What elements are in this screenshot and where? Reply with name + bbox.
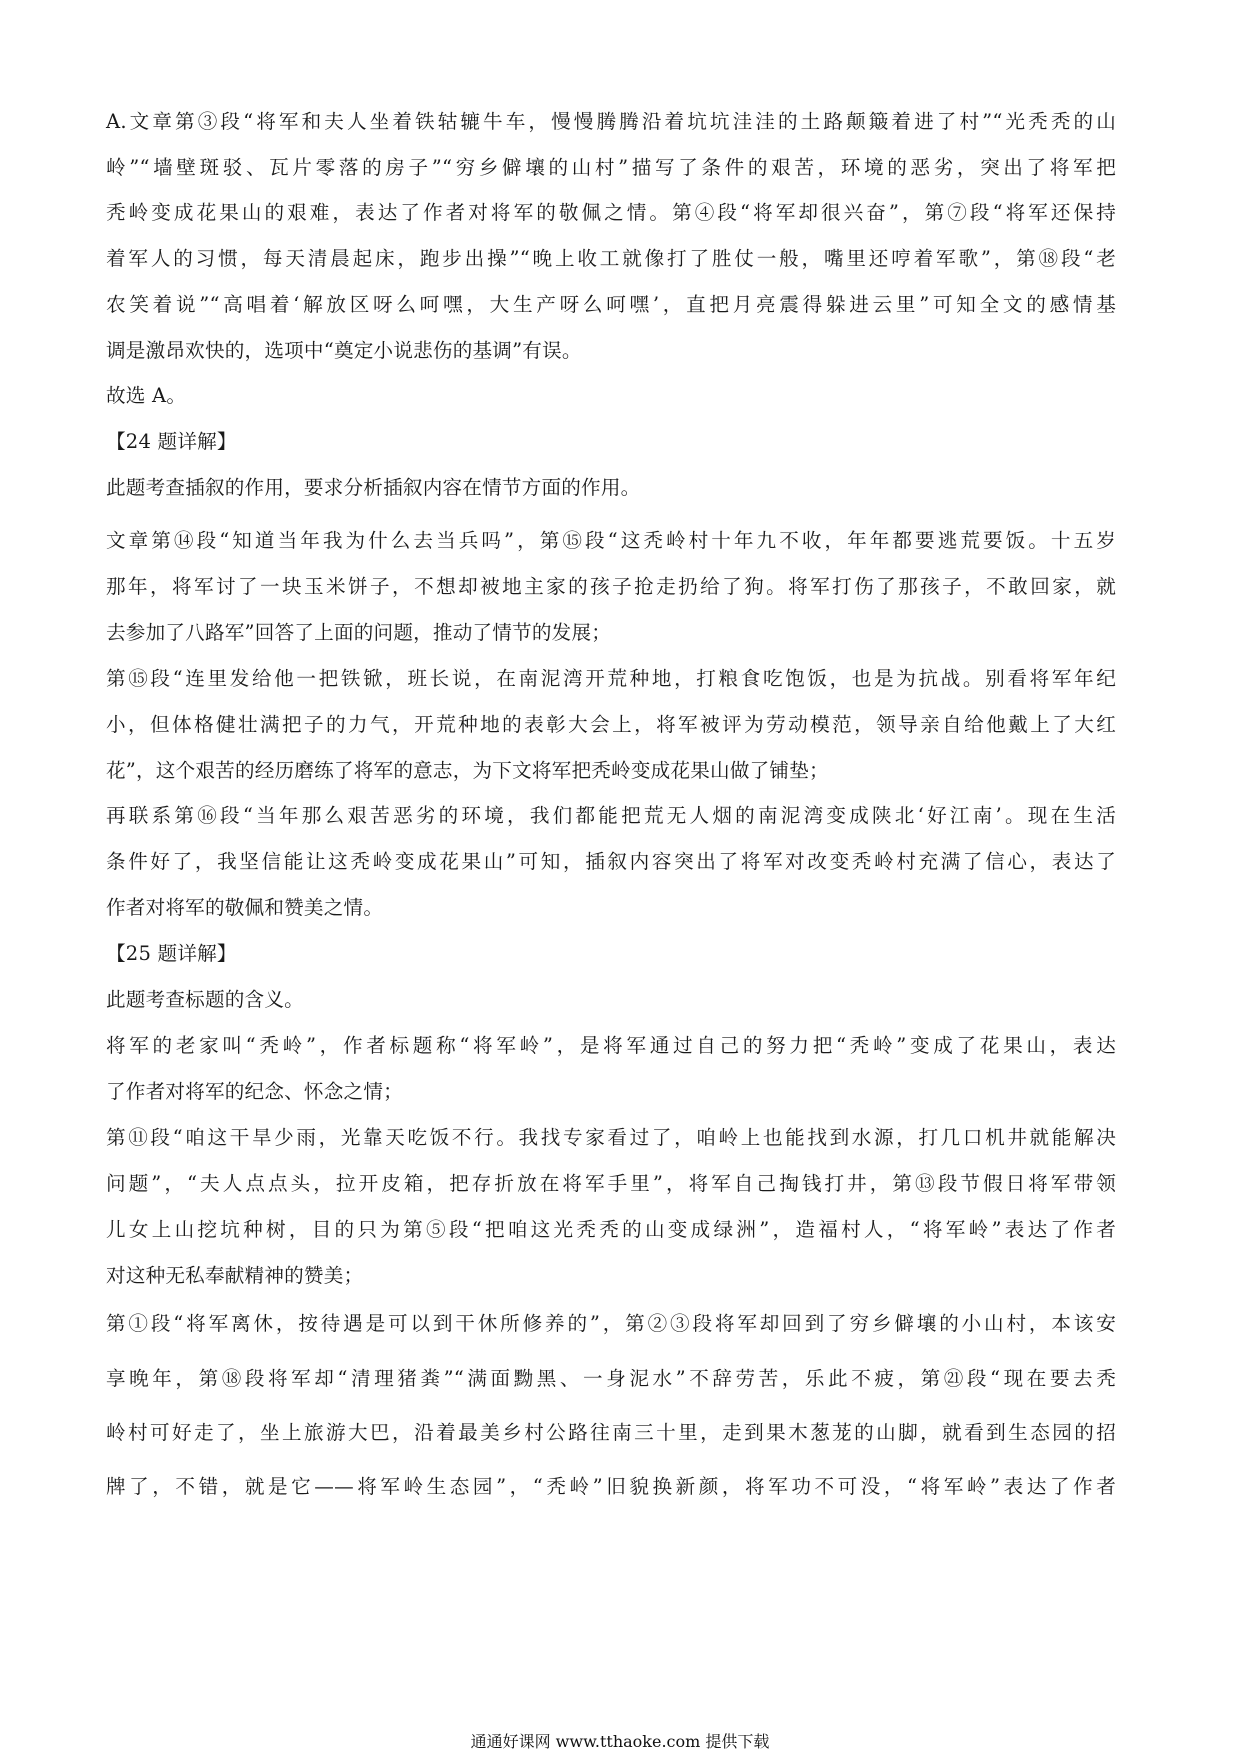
text-line: 花”，这个艰苦的经历磨练了将军的意志，为下文将军把秃岭变成花果山做了铺垫； (106, 758, 1116, 784)
footer-source-note: 通通好课网 www.tthaoke.com 提供下载 (0, 1733, 1240, 1751)
text-line: 对这种无私奉献精神的赞美； (106, 1263, 1116, 1289)
text-line: 牌了，不错，就是它——将军岭生态园”，“秃岭”旧貌换新颜，将军功不可没，“将军岭… (106, 1474, 1116, 1500)
text-line: 那年，将军讨了一块玉米饼子，不想却被地主家的孩子抢走扔给了狗。将军打伤了那孩子，… (106, 574, 1116, 600)
conclusion-line: 故选 A。 (106, 383, 1116, 409)
text-line: 了作者对将军的纪念、怀念之情； (106, 1079, 1116, 1105)
text-line: 作者对将军的敬佩和赞美之情。 (106, 895, 1116, 921)
text-line: 此题考查插叙的作用，要求分析插叙内容在情节方面的作用。 (106, 475, 1116, 501)
text-line: 再联系第⑯段“当年那么艰苦恶劣的环境，我们都能把荒无人烟的南泥湾变成陕北‘好江南… (106, 803, 1116, 829)
text-line: 第①段“将军离休，按待遇是可以到干休所修养的”，第②③段将军却回到了穷乡僻壤的小… (106, 1311, 1116, 1337)
text-line: 儿女上山挖坑种树，目的只为第⑤段“把咱这光秃秃的山变成绿洲”，造福村人，“将军岭… (106, 1217, 1116, 1243)
text-line: 条件好了，我坚信能让这秃岭变成花果山”可知，插叙内容突出了将军对改变秃岭村充满了… (106, 849, 1116, 875)
text-line: 秃岭变成花果山的艰难，表达了作者对将军的敬佩之情。第④段“将军却很兴奋”，第⑦段… (106, 200, 1116, 226)
section-heading-24: 【24 题详解】 (106, 429, 1116, 455)
text-line: 农笑着说”“高唱着‘解放区呀么呵嘿，大生产呀么呵嘿’，直把月亮震得躲进云里”可知… (106, 292, 1116, 318)
text-line: 岭村可好走了，坐上旅游大巴，沿着最美乡村公路往南三十里，走到果木葱茏的山脚，就看… (106, 1420, 1116, 1446)
text-line: 着军人的习惯，每天清晨起床，跑步出操”“晚上收工就像打了胜仗一般，嘴里还哼着军歌… (106, 246, 1116, 272)
text-line: A.文章第③段“将军和夫人坐着铁轱辘牛车，慢慢腾腾沿着坑坑洼洼的土路颠簸着进了村… (106, 109, 1116, 135)
text-line: 文章第⑭段“知道当年我为什么去当兵吗”，第⑮段“这秃岭村十年九不收，年年都要逃荒… (106, 528, 1116, 554)
text-line: 去参加了八路军”回答了上面的问题，推动了情节的发展； (106, 620, 1116, 646)
text-line: 此题考查标题的含义。 (106, 987, 1116, 1013)
section-heading-25: 【25 题详解】 (106, 941, 1116, 967)
text-line: 调是激昂欢快的，选项中“奠定小说悲伤的基调”有误。 (106, 338, 1116, 364)
text-line: 第⑪段“咱这干旱少雨，光靠天吃饭不行。我找专家看过了，咱岭上也能找到水源，打几口… (106, 1125, 1116, 1151)
text-line: 问题”，“夫人点点头，拉开皮箱，把存折放在将军手里”，将军自己掏钱打井，第⑬段节… (106, 1171, 1116, 1197)
text-line: 第⑮段“连里发给他一把铁锨，班长说，在南泥湾开荒种地，打粮食吃饱饭，也是为抗战。… (106, 666, 1116, 692)
text-line: 小，但体格健壮满把子的力气，开荒种地的表彰大会上，将军被评为劳动模范，领导亲自给… (106, 712, 1116, 738)
text-line: 享晚年，第⑱段将军却“清理猪粪”“满面黝黑、一身泥水”不辞劳苦，乐此不疲，第㉑段… (106, 1366, 1116, 1392)
text-line: 岭”“墙壁斑驳、瓦片零落的房子”“穷乡僻壤的山村”描写了条件的艰苦，环境的恶劣，… (106, 155, 1116, 181)
text-line: 将军的老家叫“秃岭”，作者标题称“将军岭”，是将军通过自己的努力把“秃岭”变成了… (106, 1033, 1116, 1059)
document-page: A.文章第③段“将军和夫人坐着铁轱辘牛车，慢慢腾腾沿着坑坑洼洼的土路颠簸着进了村… (0, 0, 1240, 1754)
